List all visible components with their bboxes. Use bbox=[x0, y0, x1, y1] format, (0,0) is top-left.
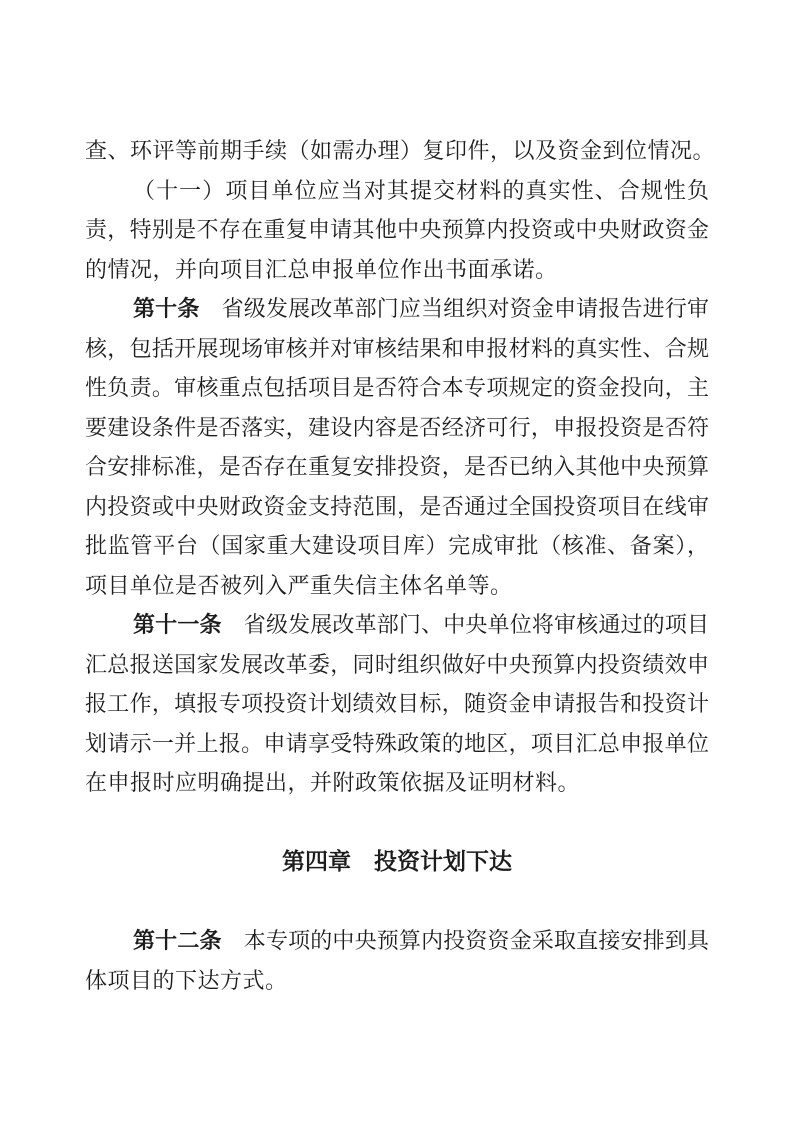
text-segment: 汇总报送国家发展改革委，同时组织做好中央预算内投资绩效申 bbox=[85, 652, 709, 677]
text-line: 的情况，并向项目汇总申报单位作出书面承诺。 bbox=[85, 250, 709, 290]
article-number-label: 第十二条 bbox=[133, 928, 222, 953]
text-line: 汇总报送国家发展改革委，同时组织做好中央预算内投资绩效申 bbox=[85, 645, 709, 685]
text-line: 第十一条 省级发展改革部门、中央单位将审核通过的项目 bbox=[85, 605, 709, 645]
text-segment: 内投资或中央财政资金支持范围，是否通过全国投资项目在线审 bbox=[85, 494, 709, 519]
text-segment: 项目单位是否被列入严重失信主体名单等。 bbox=[85, 573, 513, 598]
text-segment: 省级发展改革部门应当组织对资金申请报告进行审 bbox=[199, 296, 709, 321]
text-line: 要建设条件是否落实，建设内容是否经济可行，申报投资是否符 bbox=[85, 408, 709, 448]
text-line: 责，特别是不存在重复申请其他中央预算内投资或中央财政资金 bbox=[85, 210, 709, 250]
text-line: 划请示一并上报。申请享受特殊政策的地区，项目汇总申报单位 bbox=[85, 724, 709, 764]
text-line: 在申报时应明确提出，并附政策依据及证明材料。 bbox=[85, 763, 709, 803]
text-line: 批监管平台（国家重大建设项目库）完成审批（核准、备案）， bbox=[85, 526, 709, 566]
document-content: 查、环评等前期手续（如需办理）复印件，以及资金到位情况。（十一）项目单位应当对其… bbox=[85, 131, 709, 1000]
text-segment: 查、环评等前期手续（如需办理）复印件，以及资金到位情况。 bbox=[85, 138, 715, 163]
article-ten-paragraph: 第十条 省级发展改革部门应当组织对资金申请报告进行审核，包括开展现场审核并对审核… bbox=[85, 289, 709, 605]
text-segment: 合安排标准，是否存在重复安排投资，是否已纳入其他中央预算 bbox=[85, 454, 709, 479]
text-line: 第十条 省级发展改革部门应当组织对资金申请报告进行审 bbox=[85, 289, 709, 329]
text-line: 合安排标准，是否存在重复安排投资，是否已纳入其他中央预算 bbox=[85, 447, 709, 487]
text-segment: 的情况，并向项目汇总申报单位作出书面承诺。 bbox=[85, 257, 558, 282]
text-segment: 在申报时应明确提出，并附政策依据及证明材料。 bbox=[85, 770, 580, 795]
text-line: 体项目的下达方式。 bbox=[85, 961, 709, 1001]
text-segment: （十一）项目单位应当对其提交材料的真实性、合规性负 bbox=[133, 178, 709, 203]
text-segment: 性负责。审核重点包括项目是否符合本专项规定的资金投向，主 bbox=[85, 375, 709, 400]
article-twelve-paragraph: 第十二条 本专项的中央预算内投资资金采取直接安排到具体项目的下达方式。 bbox=[85, 921, 709, 1000]
text-line: （十一）项目单位应当对其提交材料的真实性、合规性负 bbox=[85, 171, 709, 211]
text-segment: 划请示一并上报。申请享受特殊政策的地区，项目汇总申报单位 bbox=[85, 731, 709, 756]
text-segment: 本专项的中央预算内投资资金采取直接安排到具 bbox=[222, 928, 709, 953]
text-segment: 体项目的下达方式。 bbox=[85, 968, 288, 993]
text-line: 内投资或中央财政资金支持范围，是否通过全国投资项目在线审 bbox=[85, 487, 709, 527]
text-line: 报工作，填报专项投资计划绩效目标，随资金申请报告和投资计 bbox=[85, 684, 709, 724]
text-line: 查、环评等前期手续（如需办理）复印件，以及资金到位情况。 bbox=[85, 131, 709, 171]
text-segment: 核，包括开展现场审核并对审核结果和申报材料的真实性、合规 bbox=[85, 336, 709, 361]
text-segment: 报工作，填报专项投资计划绩效目标，随资金申请报告和投资计 bbox=[85, 691, 709, 716]
chapter-four-heading: 第四章 投资计划下达 bbox=[85, 842, 709, 882]
text-segment: 批监管平台（国家重大建设项目库）完成审批（核准、备案）， bbox=[85, 533, 709, 558]
paragraph-continued-from-previous-page: 查、环评等前期手续（如需办理）复印件，以及资金到位情况。 bbox=[85, 131, 709, 171]
article-number-label: 第十条 bbox=[133, 296, 199, 321]
text-line: 第十二条 本专项的中央预算内投资资金采取直接安排到具 bbox=[85, 921, 709, 961]
item-eleven-paragraph: （十一）项目单位应当对其提交材料的真实性、合规性负责，特别是不存在重复申请其他中… bbox=[85, 171, 709, 290]
text-segment: 要建设条件是否落实，建设内容是否经济可行，申报投资是否符 bbox=[85, 415, 709, 440]
text-line: 项目单位是否被列入严重失信主体名单等。 bbox=[85, 566, 709, 606]
article-eleven-paragraph: 第十一条 省级发展改革部门、中央单位将审核通过的项目汇总报送国家发展改革委，同时… bbox=[85, 605, 709, 803]
text-segment: 省级发展改革部门、中央单位将审核通过的项目 bbox=[222, 612, 709, 637]
text-line: 核，包括开展现场审核并对审核结果和申报材料的真实性、合规 bbox=[85, 329, 709, 369]
document-page: 查、环评等前期手续（如需办理）复印件，以及资金到位情况。（十一）项目单位应当对其… bbox=[0, 0, 794, 1123]
text-line: 性负责。审核重点包括项目是否符合本专项规定的资金投向，主 bbox=[85, 368, 709, 408]
text-segment: 责，特别是不存在重复申请其他中央预算内投资或中央财政资金 bbox=[85, 217, 709, 242]
article-number-label: 第十一条 bbox=[133, 612, 222, 637]
